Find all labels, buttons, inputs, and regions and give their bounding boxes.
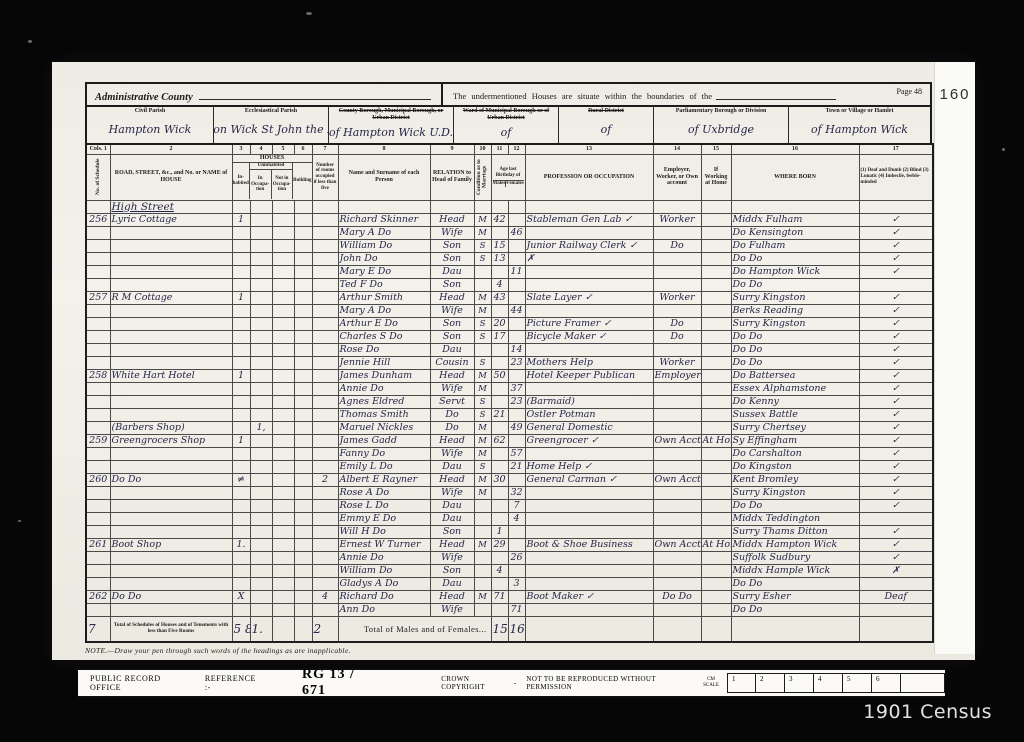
- cell-bld: [294, 525, 312, 538]
- cell-m: [491, 577, 508, 590]
- cell-un_occ: [250, 278, 272, 291]
- cell-emp: Worker: [653, 213, 701, 226]
- district-box-value: of Hampton Wick: [789, 115, 930, 143]
- totals-label: Total of Schedules of Houses and of Tene…: [110, 616, 232, 642]
- cell-inh: [232, 408, 250, 421]
- cell-bld: [294, 538, 312, 551]
- blank-line: [716, 99, 836, 100]
- cell-f: [508, 291, 525, 304]
- person-row: Emily L DoDauS21Home Help ✓Do Kingston✓: [86, 460, 933, 473]
- cell-cond: M: [474, 590, 491, 603]
- cell-occ: Boot & Shoe Business: [525, 538, 653, 551]
- cell-name: Mary A Do: [338, 304, 430, 317]
- cell-inh: [232, 499, 250, 512]
- cell-f: [508, 252, 525, 265]
- cell-cond: M: [474, 213, 491, 226]
- cell-bld: [294, 473, 312, 486]
- person-row: Will H DoSon1Surry Thams Ditton✓: [86, 525, 933, 538]
- cell-home: [701, 408, 731, 421]
- cell-f: [508, 408, 525, 421]
- cell-rooms: [312, 200, 338, 213]
- cell-m: 30: [491, 473, 508, 486]
- household-head-row: 262Do DoX4Richard DoHeadM71Boot Maker ✓D…: [86, 590, 933, 603]
- cell-m: [491, 460, 508, 473]
- cell-home: [701, 421, 731, 434]
- cell-name: Charles S Do: [338, 330, 430, 343]
- cm-scale-ruler: 123456: [727, 673, 945, 693]
- cell-rel: Head: [430, 369, 474, 382]
- col-houses-group: HOUSES In- habited Uninhabited In Occupa…: [232, 154, 312, 200]
- cell-house: [110, 239, 232, 252]
- cell-name: Albert E Rayner: [338, 473, 430, 486]
- cell-f: [508, 369, 525, 382]
- cell-cond: M: [474, 434, 491, 447]
- cell-f: 46: [508, 226, 525, 239]
- cell-home: [701, 213, 731, 226]
- cell-bld: [294, 499, 312, 512]
- cell-un_not: [272, 356, 294, 369]
- cell-home: [701, 317, 731, 330]
- cell-inh: [232, 564, 250, 577]
- blank-line: [199, 89, 431, 100]
- cell-born: Berks Reading: [731, 304, 859, 317]
- cell-rooms: [312, 252, 338, 265]
- cell-f: 26: [508, 551, 525, 564]
- cell-home: [701, 369, 731, 382]
- cell-emp: [653, 304, 701, 317]
- cell-home: [701, 486, 731, 499]
- col-rooms: Number of rooms occupied if less than fi…: [312, 154, 338, 200]
- cell-f: [508, 538, 525, 551]
- cell-un_occ: [250, 525, 272, 538]
- administrative-county-box: Administrative County: [87, 84, 443, 105]
- cell-house: [110, 564, 232, 577]
- person-row: William DoSon4Middx Hample Wick✗: [86, 564, 933, 577]
- cell-rel: [430, 200, 474, 213]
- cell-inf: [859, 603, 933, 616]
- scale-tick: 1: [727, 673, 756, 693]
- totals-schedule-count: 7: [86, 616, 110, 642]
- cell-rooms: 2: [312, 473, 338, 486]
- cell-un_not: [272, 577, 294, 590]
- cell-un_not: [272, 564, 294, 577]
- cell-name: Ted F Do: [338, 278, 430, 291]
- cell-born: Sy Effingham: [731, 434, 859, 447]
- cell-f: [508, 213, 525, 226]
- cell-m: 4: [491, 278, 508, 291]
- cell-emp: [653, 525, 701, 538]
- cell-name: Gladys A Do: [338, 577, 430, 590]
- cell-sch: 260: [86, 473, 110, 486]
- cell-un_occ: [250, 304, 272, 317]
- cell-m: [491, 512, 508, 525]
- cell-m: [491, 395, 508, 408]
- person-row: Annie DoWifeM37Essex Alphamstone✓: [86, 382, 933, 395]
- cell-inh: [232, 304, 250, 317]
- cell-home: [701, 304, 731, 317]
- cell-house: High Street: [110, 200, 232, 213]
- cell-cond: [474, 564, 491, 577]
- cell-born: Do Hampton Wick: [731, 265, 859, 278]
- cell-rel: Son: [430, 564, 474, 577]
- cell-rel: Wife: [430, 486, 474, 499]
- cell-name: Maruel Nickles: [338, 421, 430, 434]
- cell-un_not: [272, 447, 294, 460]
- cell-inf: ✓: [859, 382, 933, 395]
- cell-cond: M: [474, 226, 491, 239]
- cell-born: Do Kingston: [731, 460, 859, 473]
- cell-un_occ: [250, 200, 272, 213]
- cell-name: Rose Do: [338, 343, 430, 356]
- cell-emp: Employer: [653, 369, 701, 382]
- cell-un_occ: [250, 486, 272, 499]
- cell-un_not: [272, 265, 294, 278]
- cell-f: [508, 330, 525, 343]
- col-employer: Employer, Worker, or Own account: [653, 154, 701, 200]
- cell-home: [701, 499, 731, 512]
- cell-cond: M: [474, 447, 491, 460]
- cell-cond: S: [474, 330, 491, 343]
- cell-occ: [525, 525, 653, 538]
- person-row: Thomas SmithDoS21Ostler PotmanSussex Bat…: [86, 408, 933, 421]
- cell-sch: [86, 525, 110, 538]
- cell-f: [508, 590, 525, 603]
- cell-inh: 1: [232, 369, 250, 382]
- cell-rooms: [312, 382, 338, 395]
- cell-un_occ: [250, 291, 272, 304]
- cell-rel: Dau: [430, 460, 474, 473]
- cell-f: 57: [508, 447, 525, 460]
- reference-label: REFERENCE :-: [205, 674, 256, 692]
- column-number-row: Cols. 1 2 3 4 5 6 7 8 9 10 11 12 13 14 1…: [86, 144, 933, 154]
- col-age-females: Females: [506, 181, 524, 187]
- col-condition: Condition as to Marriage: [474, 154, 491, 200]
- col-where-born: WHERE BORN: [731, 154, 859, 200]
- cell-inh: 1: [232, 213, 250, 226]
- cell-home: [701, 330, 731, 343]
- cell-inf: ✓: [859, 343, 933, 356]
- cell-emp: Do: [653, 317, 701, 330]
- person-row: Jennie HillCousinS23Mothers HelpWorkerDo…: [86, 356, 933, 369]
- cell-born: Do Kensington: [731, 226, 859, 239]
- cell-rooms: [312, 343, 338, 356]
- cell-inf: ✓: [859, 239, 933, 252]
- cell-home: At Hom: [701, 538, 731, 551]
- cell-un_not: [272, 226, 294, 239]
- cell-rooms: [312, 356, 338, 369]
- cell-emp: [653, 460, 701, 473]
- cell-house: [110, 252, 232, 265]
- cell-m: [491, 421, 508, 434]
- totals-rooms: 2: [312, 616, 338, 642]
- cell-name: Emily L Do: [338, 460, 430, 473]
- cell-rel: Wife: [430, 382, 474, 395]
- cell-m: 42: [491, 213, 508, 226]
- cell-f: 23: [508, 395, 525, 408]
- cell-born: Do Do: [731, 278, 859, 291]
- cell-sch: 257: [86, 291, 110, 304]
- cell-un_not: [272, 200, 294, 213]
- cell-bld: [294, 590, 312, 603]
- cell-born: Surry Kingston: [731, 317, 859, 330]
- separator-dash: -: [514, 679, 516, 687]
- folio-number-stamp: 160: [935, 86, 975, 103]
- cell-emp: Own Acct: [653, 473, 701, 486]
- cell-f: 71: [508, 603, 525, 616]
- totals-uninhabited: 1.: [250, 616, 272, 642]
- cell-inf: ✓: [859, 434, 933, 447]
- person-row: Charles S DoSonS17Bicycle Maker ✓DoDo Do…: [86, 330, 933, 343]
- cell-m: 71: [491, 590, 508, 603]
- cell-un_not: [272, 421, 294, 434]
- cell-house: Do Do: [110, 590, 232, 603]
- cell-inf: ✓: [859, 304, 933, 317]
- cell-sch: [86, 447, 110, 460]
- cell-inh: [232, 512, 250, 525]
- cell-m: [491, 551, 508, 564]
- cell-home: [701, 603, 731, 616]
- cell-emp: [653, 252, 701, 265]
- street-heading-row: High Street: [86, 200, 933, 213]
- cell-rel: Head: [430, 538, 474, 551]
- cell-occ: Junior Railway Clerk ✓: [525, 239, 653, 252]
- person-row: Emmy E DoDau4Middx Teddington: [86, 512, 933, 525]
- cell-sch: 259: [86, 434, 110, 447]
- person-row: Gladys A DoDau3Do Do: [86, 577, 933, 590]
- cell-cond: [474, 577, 491, 590]
- cell-home: [701, 239, 731, 252]
- cell-bld: [294, 226, 312, 239]
- cell-rooms: [312, 564, 338, 577]
- cell-bld: [294, 200, 312, 213]
- person-row: William DoSonS15Junior Railway Clerk ✓Do…: [86, 239, 933, 252]
- cell-occ: ✗: [525, 252, 653, 265]
- cell-rooms: [312, 395, 338, 408]
- cell-house: [110, 265, 232, 278]
- cell-bld: [294, 486, 312, 499]
- cell-m: [491, 499, 508, 512]
- scale-tick-empty: [901, 673, 945, 693]
- scale-tick: 4: [814, 673, 843, 693]
- dust-speck: [18, 520, 21, 522]
- cell-emp: [653, 564, 701, 577]
- cell-born: Sussex Battle: [731, 408, 859, 421]
- cell-f: [508, 278, 525, 291]
- cell-inh: [232, 356, 250, 369]
- cell-occ: Bicycle Maker ✓: [525, 330, 653, 343]
- person-row: Ann DoWife71Do Do: [86, 603, 933, 616]
- cell-name: Richard Do: [338, 590, 430, 603]
- cell-name: Thomas Smith: [338, 408, 430, 421]
- cell-rel: Wife: [430, 603, 474, 616]
- cell-occ: General Domestic: [525, 421, 653, 434]
- cell-m: 50: [491, 369, 508, 382]
- cell-emp: [653, 577, 701, 590]
- cell-rel: Son: [430, 239, 474, 252]
- cell-home: [701, 551, 731, 564]
- cell-born: [731, 200, 859, 213]
- cell-m: [491, 382, 508, 395]
- cell-bld: [294, 369, 312, 382]
- cell-emp: [653, 200, 701, 213]
- cell-cond: M: [474, 382, 491, 395]
- cell-occ: [525, 200, 653, 213]
- cell-bld: [294, 252, 312, 265]
- cell-m: [491, 486, 508, 499]
- cell-inh: [232, 577, 250, 590]
- cell-inh: [232, 395, 250, 408]
- cell-sch: [86, 577, 110, 590]
- totals-females: 16: [508, 616, 525, 642]
- cell-f: 4: [508, 512, 525, 525]
- cell-house: (Barbers Shop): [110, 421, 232, 434]
- cell-cond: [474, 525, 491, 538]
- cell-rooms: 4: [312, 590, 338, 603]
- cell-occ: [525, 603, 653, 616]
- cell-bld: [294, 304, 312, 317]
- cell-emp: [653, 382, 701, 395]
- cell-inh: [232, 421, 250, 434]
- cell-un_not: [272, 330, 294, 343]
- cell-rel: Son: [430, 278, 474, 291]
- cell-rel: Cousin: [430, 356, 474, 369]
- cell-house: Boot Shop: [110, 538, 232, 551]
- cell-sch: [86, 356, 110, 369]
- cell-inf: ✓: [859, 525, 933, 538]
- cell-born: Middx Hample Wick: [731, 564, 859, 577]
- cell-inf: ✓: [859, 252, 933, 265]
- cell-emp: [653, 408, 701, 421]
- cell-f: 32: [508, 486, 525, 499]
- household-head-row: 256Lyric Cottage1Richard SkinnerHeadM42S…: [86, 213, 933, 226]
- cell-un_not: [272, 317, 294, 330]
- cell-f: 44: [508, 304, 525, 317]
- cell-house: [110, 460, 232, 473]
- totals-males: 15: [491, 616, 508, 642]
- cell-sch: [86, 200, 110, 213]
- cell-f: [508, 525, 525, 538]
- cell-f: 37: [508, 382, 525, 395]
- cell-house: [110, 356, 232, 369]
- cell-occ: [525, 564, 653, 577]
- district-box-value: of: [454, 122, 558, 143]
- cell-f: [508, 200, 525, 213]
- col-occupation: PROFESSION OR OCCUPATION: [525, 154, 653, 200]
- census-scan-page: 160 Administrative County The undermenti…: [52, 62, 975, 660]
- cell-m: [491, 200, 508, 213]
- cell-emp: [653, 226, 701, 239]
- cell-emp: Do: [653, 239, 701, 252]
- cm-scale-label: CM SCALE: [703, 677, 719, 690]
- col-at-home: If Working at Home: [701, 154, 731, 200]
- cell-f: 7: [508, 499, 525, 512]
- district-box: Ward of Municipal Borough or of Urban Di…: [454, 107, 559, 143]
- district-box-value: Hampton Wick: [87, 115, 213, 143]
- cell-rel: Son: [430, 330, 474, 343]
- cell-un_occ: [250, 590, 272, 603]
- cell-cond: M: [474, 304, 491, 317]
- cell-sch: [86, 265, 110, 278]
- cell-cond: [474, 278, 491, 291]
- cell-inf: [859, 512, 933, 525]
- cell-bld: [294, 603, 312, 616]
- cell-inh: [232, 486, 250, 499]
- cell-rooms: [312, 408, 338, 421]
- col-inhabited: In- habited: [233, 163, 250, 199]
- cell-inh: 1: [232, 291, 250, 304]
- cell-home: [701, 473, 731, 486]
- cell-bld: [294, 213, 312, 226]
- cell-emp: [653, 603, 701, 616]
- cell-occ: [525, 278, 653, 291]
- cell-rel: Dau: [430, 512, 474, 525]
- cell-inh: X: [232, 590, 250, 603]
- cell-bld: [294, 434, 312, 447]
- cell-occ: Boot Maker ✓: [525, 590, 653, 603]
- cell-cond: [474, 603, 491, 616]
- cell-inf: Deaf: [859, 590, 933, 603]
- cell-rooms: [312, 434, 338, 447]
- cell-emp: [653, 512, 701, 525]
- cell-bld: [294, 278, 312, 291]
- district-box-label: County Borough, Municipal Borough, or Ur…: [329, 107, 453, 122]
- person-row: Ted F DoSon4Do Do: [86, 278, 933, 291]
- office-label: PUBLIC RECORD OFFICE: [90, 674, 179, 692]
- cell-inh: [232, 603, 250, 616]
- person-row: Fanny DoWifeM57Do Carshalton✓: [86, 447, 933, 460]
- cell-emp: [653, 395, 701, 408]
- cell-un_occ: [250, 434, 272, 447]
- cell-un_not: [272, 486, 294, 499]
- cell-house: [110, 486, 232, 499]
- cell-house: [110, 577, 232, 590]
- cell-born: Middx Fulham: [731, 213, 859, 226]
- cell-un_occ: [250, 356, 272, 369]
- district-box-value: of Uxbridge: [654, 115, 788, 143]
- district-box-value: of Hampton Wick U.D.: [329, 122, 453, 143]
- cell-rel: Servt: [430, 395, 474, 408]
- cell-name: Arthur E Do: [338, 317, 430, 330]
- cell-name: James Dunham: [338, 369, 430, 382]
- cell-house: [110, 408, 232, 421]
- cell-rooms: [312, 447, 338, 460]
- cell-occ: Slate Layer ✓: [525, 291, 653, 304]
- cell-emp: Worker: [653, 291, 701, 304]
- district-box-label: Parliamentary Borough or Division: [654, 107, 788, 115]
- cell-occ: Hotel Keeper Publican: [525, 369, 653, 382]
- cell-home: [701, 447, 731, 460]
- cell-inf: [859, 278, 933, 291]
- cell-occ: (Barmaid): [525, 395, 653, 408]
- cell-un_not: [272, 369, 294, 382]
- cell-occ: Picture Framer ✓: [525, 317, 653, 330]
- cell-un_occ: [250, 564, 272, 577]
- cell-f: [508, 434, 525, 447]
- cell-name: William Do: [338, 564, 430, 577]
- cell-rooms: [312, 226, 338, 239]
- cell-house: Do Do: [110, 473, 232, 486]
- person-row: Rose L DoDau7Do Do✓: [86, 499, 933, 512]
- cell-born: Suffolk Sudbury: [731, 551, 859, 564]
- scale-tick: 5: [843, 673, 872, 693]
- scale-tick: 2: [756, 673, 785, 693]
- cell-occ: [525, 551, 653, 564]
- cell-un_not: [272, 213, 294, 226]
- cell-m: 17: [491, 330, 508, 343]
- person-row: Agnes EldredServtS23(Barmaid)Do Kenny✓: [86, 395, 933, 408]
- cell-un_occ: [250, 460, 272, 473]
- cell-house: [110, 330, 232, 343]
